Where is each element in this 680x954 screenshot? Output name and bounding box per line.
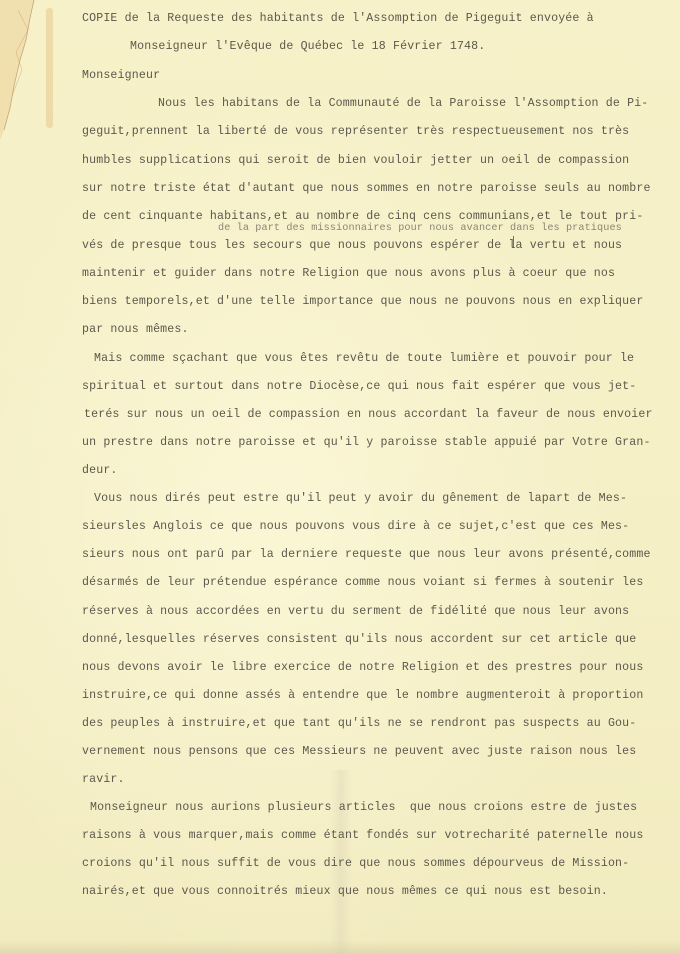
paragraph-line: vés de presque tous les secours que nous… (82, 239, 622, 252)
paragraph-line: spiritual et surtout dans notre Diocèse,… (82, 380, 636, 393)
paragraph-line: réserves à nous accordées en vertu du se… (82, 605, 629, 618)
paragraph-line: biens temporels,et d'une telle importanc… (82, 295, 643, 308)
paper-bottom-edge (0, 940, 680, 954)
paragraph-line: Nous les habitans de la Communauté de la… (158, 97, 648, 110)
paragraph-line: des peuples à instruire,et que tant qu'i… (82, 717, 636, 730)
paragraph-line: instruire,ce qui donne assés à entendre … (82, 689, 643, 702)
paragraph-line: sieursles Anglois ce que nous pouvons vo… (82, 520, 629, 533)
paragraph-line: raisons à vous marquer,mais comme étant … (82, 829, 643, 842)
document-heading-line-2: Monseigneur l'Evêque de Québec le 18 Fév… (130, 40, 485, 53)
paragraph-line: de cent cinquante habitans,et au nombre … (82, 210, 643, 223)
document-heading-line-1: COPIE de la Requeste des habitants de l'… (82, 12, 594, 25)
paragraph-line: vernement nous pensons que ces Messieurs… (82, 745, 636, 758)
paragraph-line: Mais comme sçachant que vous êtes revêtu… (94, 352, 634, 365)
paragraph-line: sur notre triste état d'autant que nous … (82, 182, 651, 195)
paragraph-line: un prestre dans notre paroisse et qu'il … (82, 436, 651, 449)
paragraph-line: donné,lesquelles réserves consistent qu'… (82, 633, 636, 646)
paragraph-line: ravir. (82, 773, 125, 786)
paragraph-line: terés sur nous un oeil de compassion en … (84, 408, 653, 421)
paragraph-line: par nous mêmes. (82, 323, 189, 336)
interlinear-insertion: de la part des missionnaires pour nous a… (218, 223, 622, 234)
paragraph-line: maintenir et guider dans notre Religion … (82, 267, 615, 280)
paragraph-line: humbles supplications qui seroit de bien… (82, 154, 629, 167)
paragraph-line: nous devons avoir le libre exercice de n… (82, 661, 643, 674)
salutation: Monseigneur (82, 69, 160, 82)
paragraph-line: croions qu'il nous suffit de vous dire q… (82, 857, 629, 870)
paragraph-line: désarmés de leur prétendue espérance com… (82, 576, 643, 589)
paragraph-line: sieurs nous ont parû par la derniere req… (82, 548, 651, 561)
paragraph-line: geguit,prennent la liberté de vous repré… (82, 125, 629, 138)
paragraph-line: nairés,et que vous connoitrés mieux que … (82, 885, 608, 898)
paragraph-line: Monseigneur nous aurions plusieurs artic… (90, 801, 637, 814)
torn-edge-stain (0, 0, 62, 140)
paragraph-line: deur. (82, 464, 118, 477)
paragraph-line: Vous nous dirés peut estre qu'il peut y … (94, 492, 627, 505)
